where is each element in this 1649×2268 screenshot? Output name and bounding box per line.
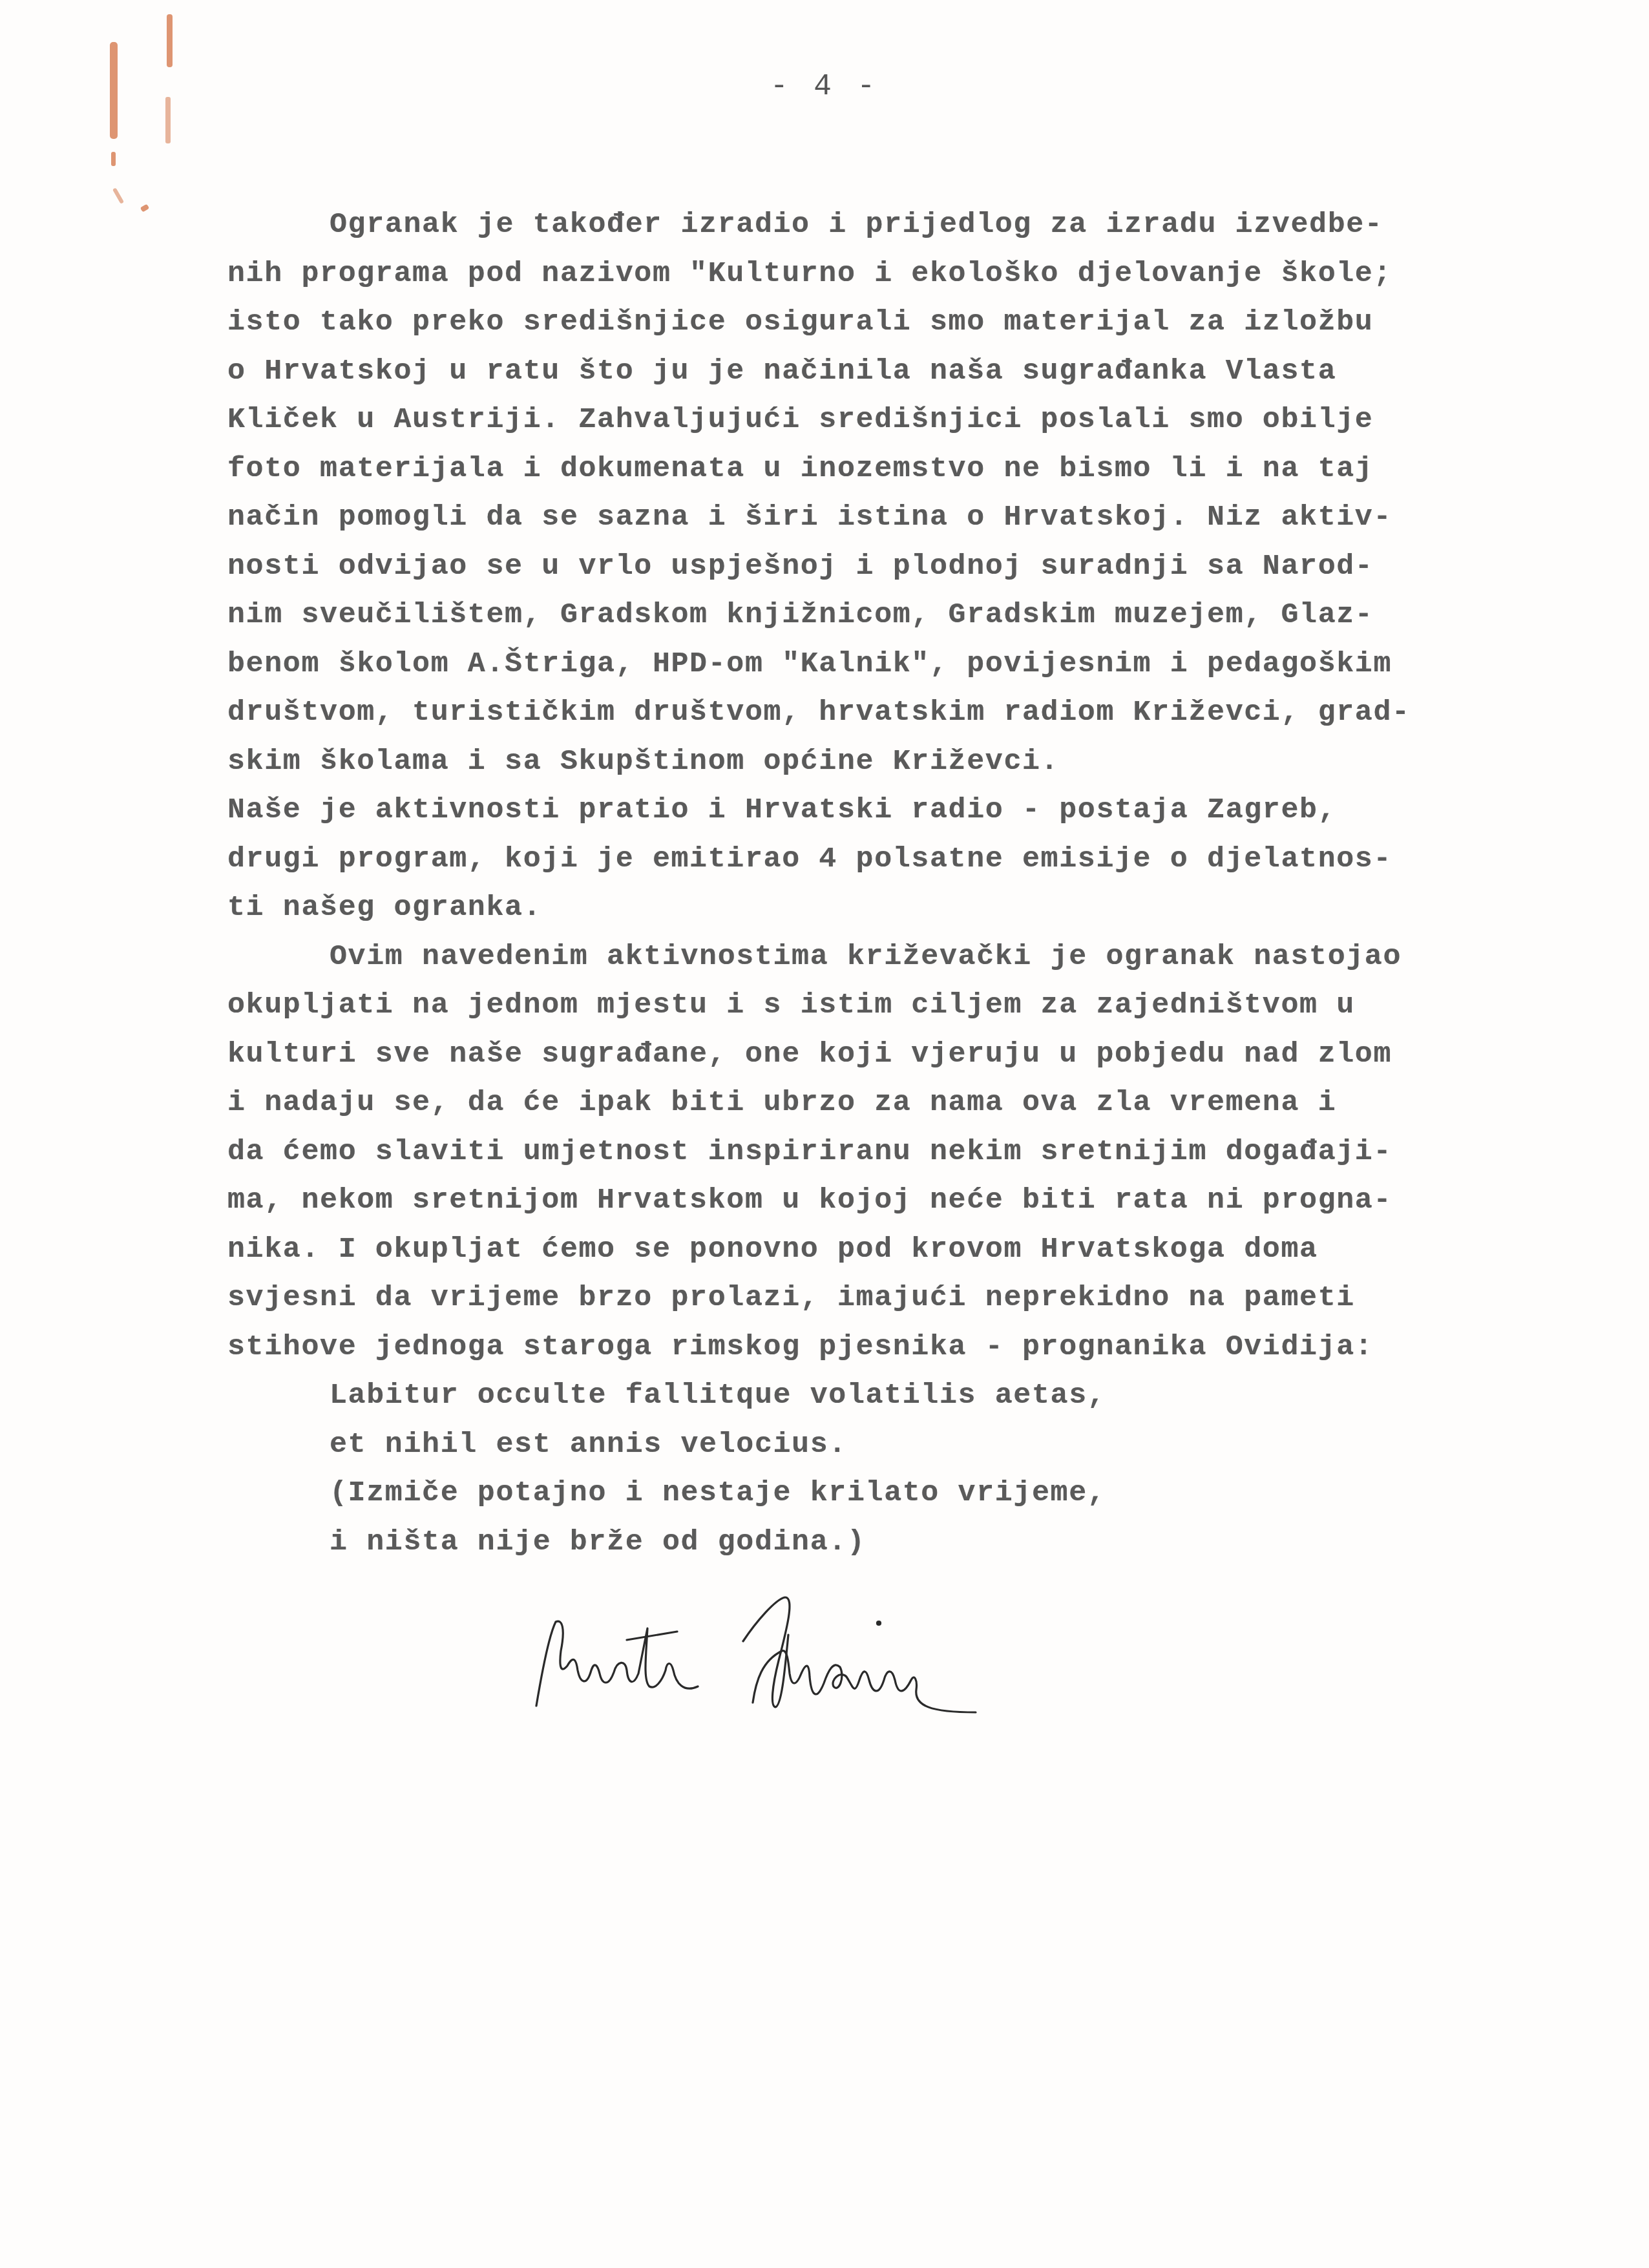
text-line: i ništa nije brže od godina.) — [227, 1518, 1552, 1567]
text-line: okupljati na jednom mjestu i s istim cil… — [227, 981, 1552, 1030]
text-line: i nadaju se, da će ipak biti ubrzo za na… — [227, 1078, 1552, 1128]
text-line: društvom, turističkim društvom, hrvatski… — [227, 688, 1552, 737]
text-line: isto tako preko središnjice osigurali sm… — [227, 298, 1552, 347]
text-line: et nihil est annis velocius. — [227, 1420, 1552, 1469]
handwritten-signature-icon — [530, 1590, 1370, 1745]
text-line: foto materijala i dokumenata u inozemstv… — [227, 445, 1552, 494]
page-number: - 4 - — [0, 70, 1649, 103]
text-line: Labitur occulte fallitque volatilis aeta… — [227, 1371, 1552, 1420]
text-line: da ćemo slaviti umjetnost inspiriranu ne… — [227, 1128, 1552, 1177]
text-line: benom školom A.Štriga, HPD-om "Kalnik", … — [227, 640, 1552, 689]
text-line: skim školama i sa Skupštinom općine Križ… — [227, 737, 1552, 786]
text-line: nim sveučilištem, Gradskom knjižnicom, G… — [227, 591, 1552, 640]
text-line: (Izmiče potajno i nestaje krilato vrijem… — [227, 1469, 1552, 1518]
text-line: nosti odvijao se u vrlo uspješnoj i plod… — [227, 542, 1552, 591]
text-line: Kliček u Austriji. Zahvaljujući središnj… — [227, 395, 1552, 445]
text-line: stihove jednoga staroga rimskog pjesnika… — [227, 1323, 1552, 1372]
text-line: drugi program, koji je emitirao 4 polsat… — [227, 835, 1552, 884]
document-page: - 4 - Ogranak je također izradio i prije… — [0, 0, 1649, 2268]
text-line: Ovim navedenim aktivnostima križevački j… — [227, 932, 1552, 982]
text-line: svjesni da vrijeme brzo prolazi, imajući… — [227, 1274, 1552, 1323]
typed-body-text: Ogranak je također izradio i prijedlog z… — [227, 200, 1552, 1566]
text-line: nih programa pod nazivom "Kulturno i eko… — [227, 249, 1552, 299]
text-line: o Hrvatskoj u ratu što ju je načinila na… — [227, 347, 1552, 396]
text-line: Naše je aktivnosti pratio i Hrvatski rad… — [227, 786, 1552, 835]
text-line: Ogranak je također izradio i prijedlog z… — [227, 200, 1552, 249]
text-line: ma, nekom sretnijom Hrvatskom u kojoj ne… — [227, 1176, 1552, 1225]
text-line: nika. I okupljat ćemo se ponovno pod kro… — [227, 1225, 1552, 1274]
text-line: ti našeg ogranka. — [227, 883, 1552, 932]
staple-rust-marks-icon — [65, 0, 226, 233]
text-line: kulturi sve naše sugrađane, one koji vje… — [227, 1030, 1552, 1079]
text-line: način pomogli da se sazna i širi istina … — [227, 493, 1552, 542]
